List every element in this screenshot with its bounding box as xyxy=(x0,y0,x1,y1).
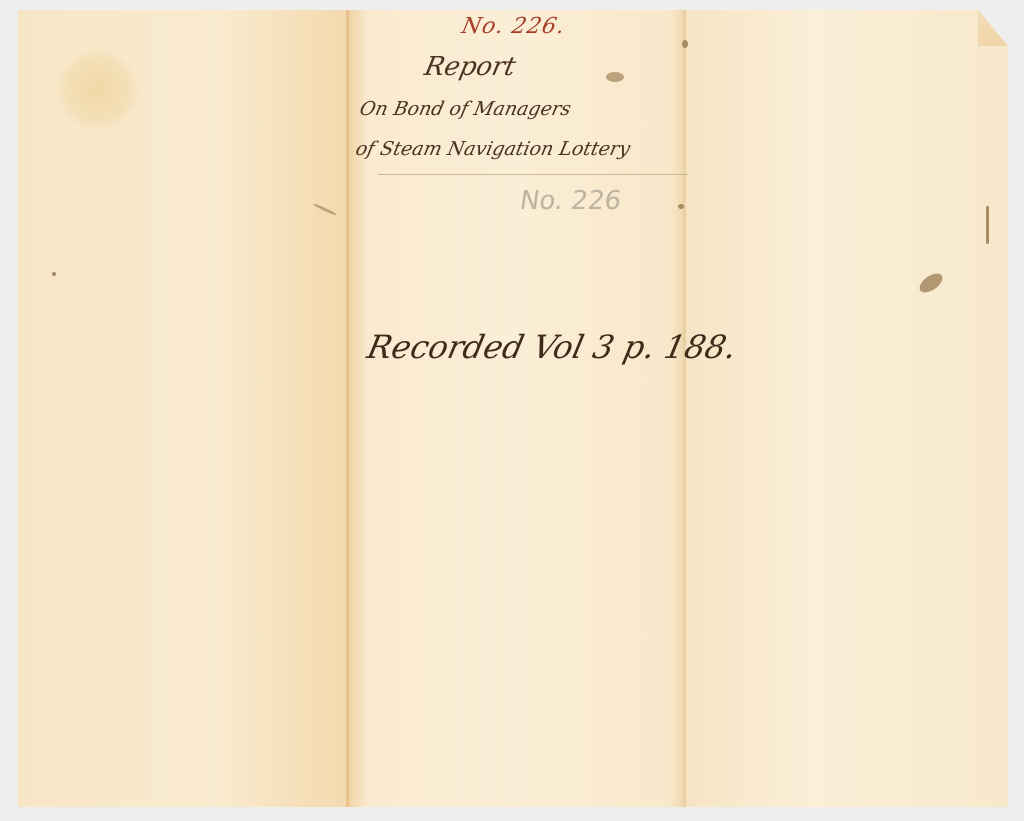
ink-blot xyxy=(606,72,624,82)
ink-blot xyxy=(682,40,688,48)
underline-rule xyxy=(378,174,688,175)
document-subtitle-line-2: of Steam Navigation Lottery xyxy=(354,138,633,160)
ink-dot xyxy=(52,272,56,276)
water-stain xyxy=(58,50,138,130)
pencil-number: No. 226 xyxy=(518,186,623,216)
fold-crease-left xyxy=(346,10,349,807)
recording-note: Recorded Vol 3 p. 188. xyxy=(364,328,740,366)
left-fold-panel xyxy=(18,10,348,807)
document-subtitle-line-1: On Bond of Managers xyxy=(358,98,573,120)
center-fold-panel xyxy=(348,10,684,807)
fold-crease-right xyxy=(683,10,686,807)
ink-blot xyxy=(678,204,684,209)
docket-number: No. 226. xyxy=(459,14,567,39)
folded-corner xyxy=(978,10,1008,46)
document-page xyxy=(18,10,1008,807)
ink-mark xyxy=(986,206,989,244)
right-fold-panel xyxy=(684,10,1008,807)
document-title: Report xyxy=(422,52,519,82)
